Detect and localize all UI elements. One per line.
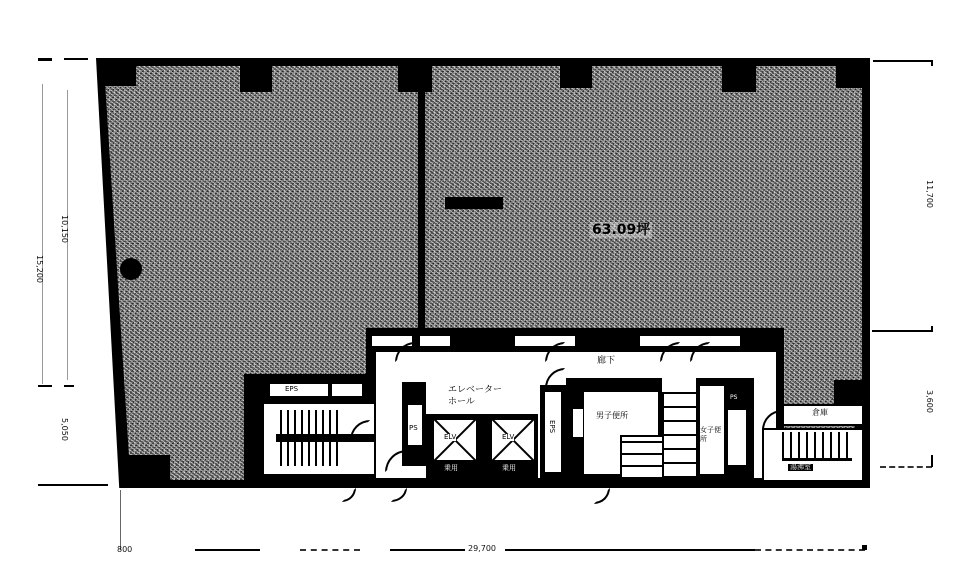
dim-right-upper: 11,700 [925, 180, 934, 208]
column [836, 64, 866, 88]
dim-line-bottom-left [120, 490, 121, 550]
office-area-label: 63.09坪 [590, 222, 652, 238]
exit-door[interactable] [342, 488, 356, 502]
elevator-hall-label: エレベーターホール [448, 384, 508, 408]
stairs-upper [280, 410, 340, 434]
ps-mid [572, 408, 584, 438]
column [120, 455, 170, 483]
ps-right [728, 410, 746, 465]
partition-wall [418, 66, 425, 336]
eps-left-label: EPS [285, 386, 298, 393]
dim-line-left-bottom [38, 484, 108, 486]
dim-bottom-total: 29,700 [468, 544, 496, 553]
dim-line-bottom-1 [195, 549, 260, 551]
dim-line-right-top [873, 60, 933, 62]
column [104, 64, 136, 86]
dim-tick-bottom-right [862, 545, 867, 550]
round-column [120, 258, 142, 280]
dim-left-upper: 10,150 [60, 215, 69, 243]
ps-box [332, 384, 362, 396]
partition-stub [445, 197, 503, 209]
column [398, 64, 432, 92]
elevator-2-label: ELV [502, 434, 514, 441]
dim-tick-left-mid2 [64, 385, 74, 387]
dim-line-bottom-2 [300, 549, 360, 551]
womens-wc-label: 女子便所 [700, 426, 722, 444]
dim-line-bottom-4 [505, 549, 755, 551]
exit-door[interactable] [391, 488, 407, 502]
toilet-stalls-center [662, 392, 700, 478]
elevator-1-sub: 乗用 [444, 465, 458, 472]
exit-door[interactable] [594, 488, 610, 504]
kitchen-counter [782, 432, 852, 461]
dim-tick-right-bottom [931, 455, 933, 467]
core-door-strip-3 [515, 336, 575, 346]
ps-right-label: PS [730, 395, 737, 401]
column [560, 64, 592, 88]
dim-line-bottom-3 [390, 549, 465, 551]
column [834, 380, 862, 406]
dim-line-right-bottom [880, 466, 932, 468]
dim-tick-right-top [931, 60, 933, 66]
dim-left-lower: 5,050 [60, 418, 69, 441]
dim-tick-left-top [38, 58, 52, 61]
dim-line-bottom-5 [755, 549, 865, 551]
eps-mid-label: EPS [548, 420, 555, 433]
dim-right-lower: 3,600 [925, 390, 934, 413]
ps-left-label: PS [409, 425, 418, 432]
kitchen-label: 湯沸室 [788, 464, 813, 471]
core-door-strip-2 [420, 336, 450, 346]
dim-tick-left-top2 [64, 58, 88, 60]
eps-left-box [270, 384, 328, 396]
column [722, 64, 756, 92]
column [240, 64, 272, 92]
elevator-2-sub: 乗用 [502, 465, 516, 472]
dim-left-total: 15,200 [35, 255, 44, 283]
core-door-strip-4 [640, 336, 740, 346]
toilet-stalls-mens [620, 435, 664, 479]
dim-bottom-left-offset: 800 [117, 545, 132, 554]
mens-wc-label: 男子便所 [596, 412, 628, 420]
storage-label: 倉庫 [812, 409, 828, 417]
dim-line-left-outer [42, 84, 43, 384]
dim-tick-right-mid [931, 326, 933, 332]
stairs-lower [280, 442, 340, 466]
dim-line-right-mid [872, 330, 932, 332]
corridor-label: 廊下 [597, 357, 615, 366]
dim-tick-left-mid [38, 385, 52, 387]
elevator-1-label: ELV [444, 434, 456, 441]
